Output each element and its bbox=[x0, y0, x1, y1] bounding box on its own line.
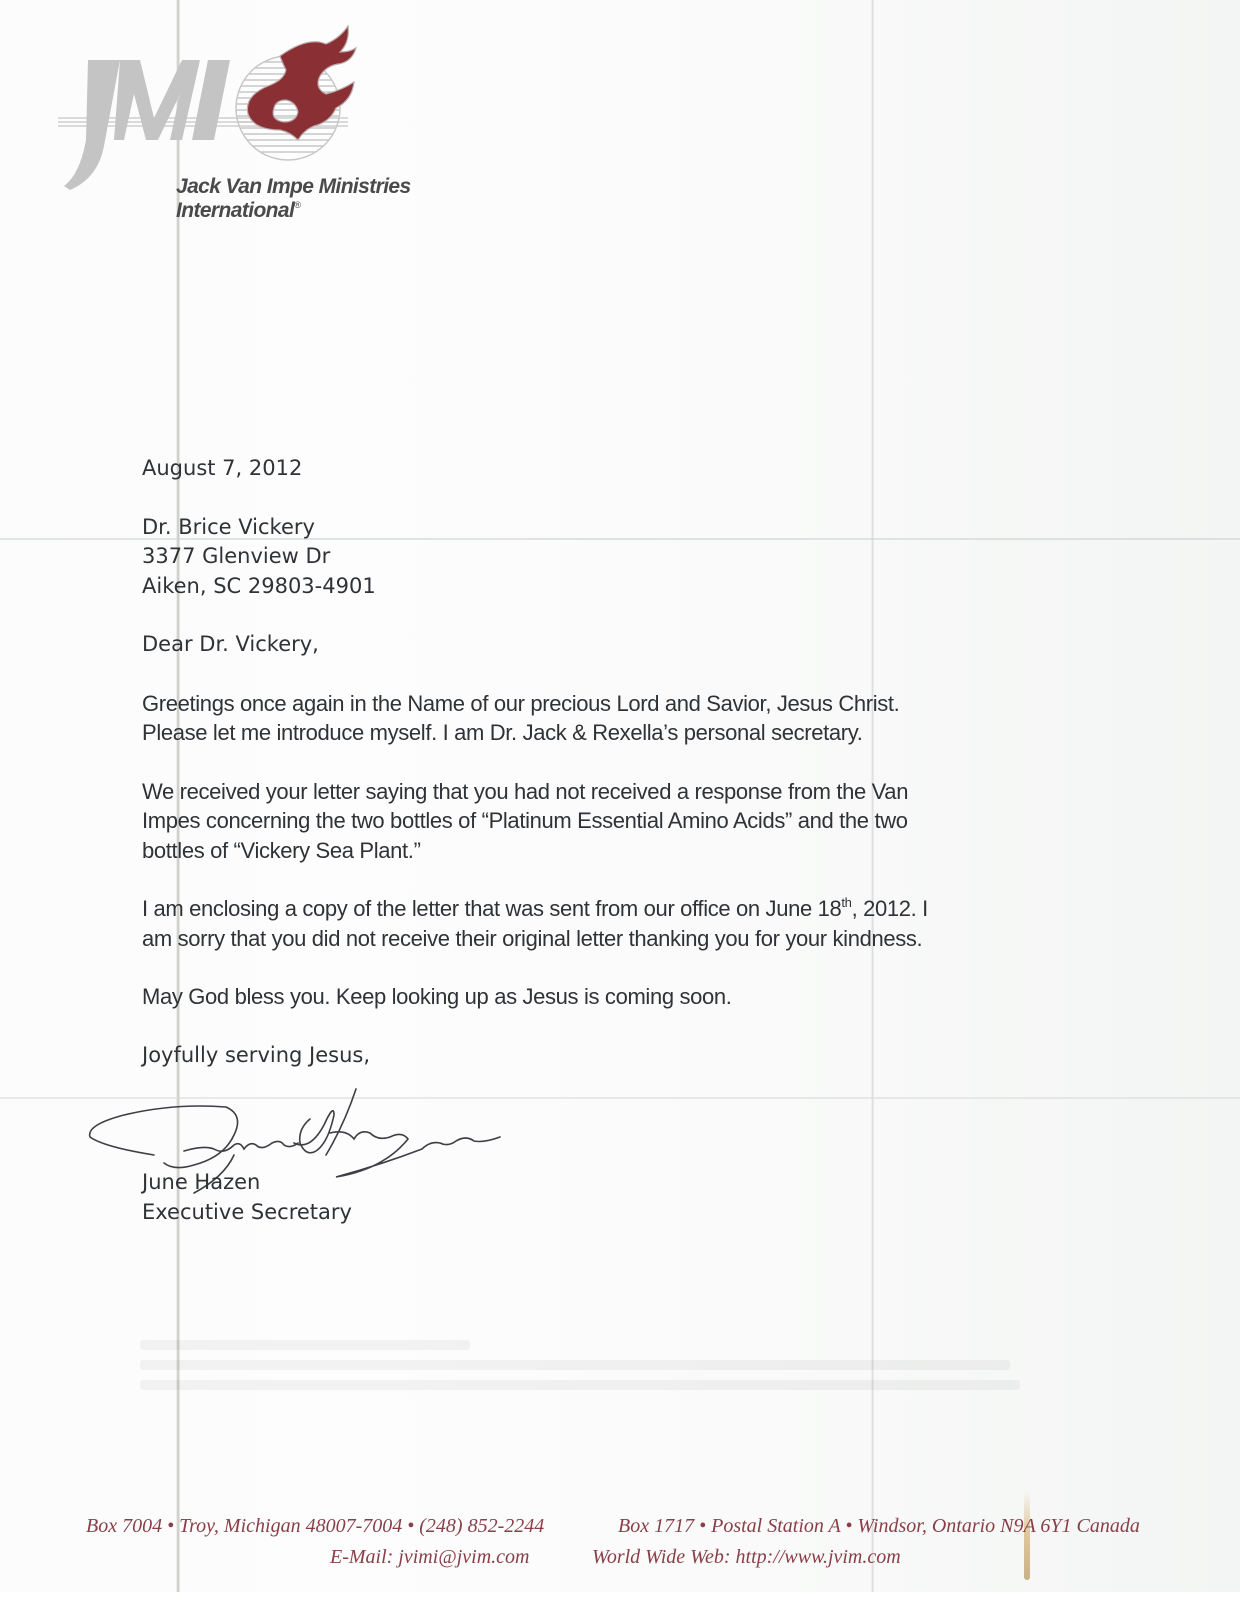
jvi-flame-logo-icon bbox=[58, 18, 528, 198]
signer-block: June Hazen Executive Secretary bbox=[142, 1168, 352, 1227]
letter-body: August 7, 2012 Dr. Brice Vickery 3377 Gl… bbox=[142, 454, 1102, 1070]
paragraph-greeting: Greetings once again in the Name of our … bbox=[142, 689, 1102, 748]
bleed-through-text bbox=[140, 1330, 1040, 1420]
recipient-city-state-zip: Aiken, SC 29803-4901 bbox=[142, 572, 1102, 602]
signer-name: June Hazen bbox=[142, 1168, 352, 1198]
recipient-name: Dr. Brice Vickery bbox=[142, 513, 1102, 543]
letter-date: August 7, 2012 bbox=[142, 454, 1102, 484]
recipient-address: Dr. Brice Vickery 3377 Glenview Dr Aiken… bbox=[142, 513, 1102, 602]
paragraph-received-letter: We received your letter saying that you … bbox=[142, 777, 1102, 866]
organization-name: Jack Van Impe Ministries International® bbox=[176, 175, 528, 223]
signer-title: Executive Secretary bbox=[142, 1198, 352, 1228]
footer-us-address: Box 7004 • Troy, Michigan 48007-7004 • (… bbox=[86, 1515, 544, 1538]
salutation: Dear Dr. Vickery, bbox=[142, 630, 1102, 660]
closing: Joyfully serving Jesus, bbox=[142, 1041, 1102, 1071]
footer-website-link[interactable]: World Wide Web: http://www.jvim.com bbox=[592, 1546, 901, 1569]
letterhead-logo: Jack Van Impe Ministries International® bbox=[58, 18, 528, 198]
footer-canada-address: Box 1717 • Postal Station A • Windsor, O… bbox=[618, 1515, 1140, 1538]
paragraph-enclosure: I am enclosing a copy of the letter that… bbox=[142, 894, 1102, 953]
paragraph-blessing: May God bless you. Keep looking up as Je… bbox=[142, 982, 1102, 1012]
footer-email-link[interactable]: E-Mail: jvimi@jvim.com bbox=[330, 1546, 529, 1569]
recipient-street: 3377 Glenview Dr bbox=[142, 542, 1102, 572]
